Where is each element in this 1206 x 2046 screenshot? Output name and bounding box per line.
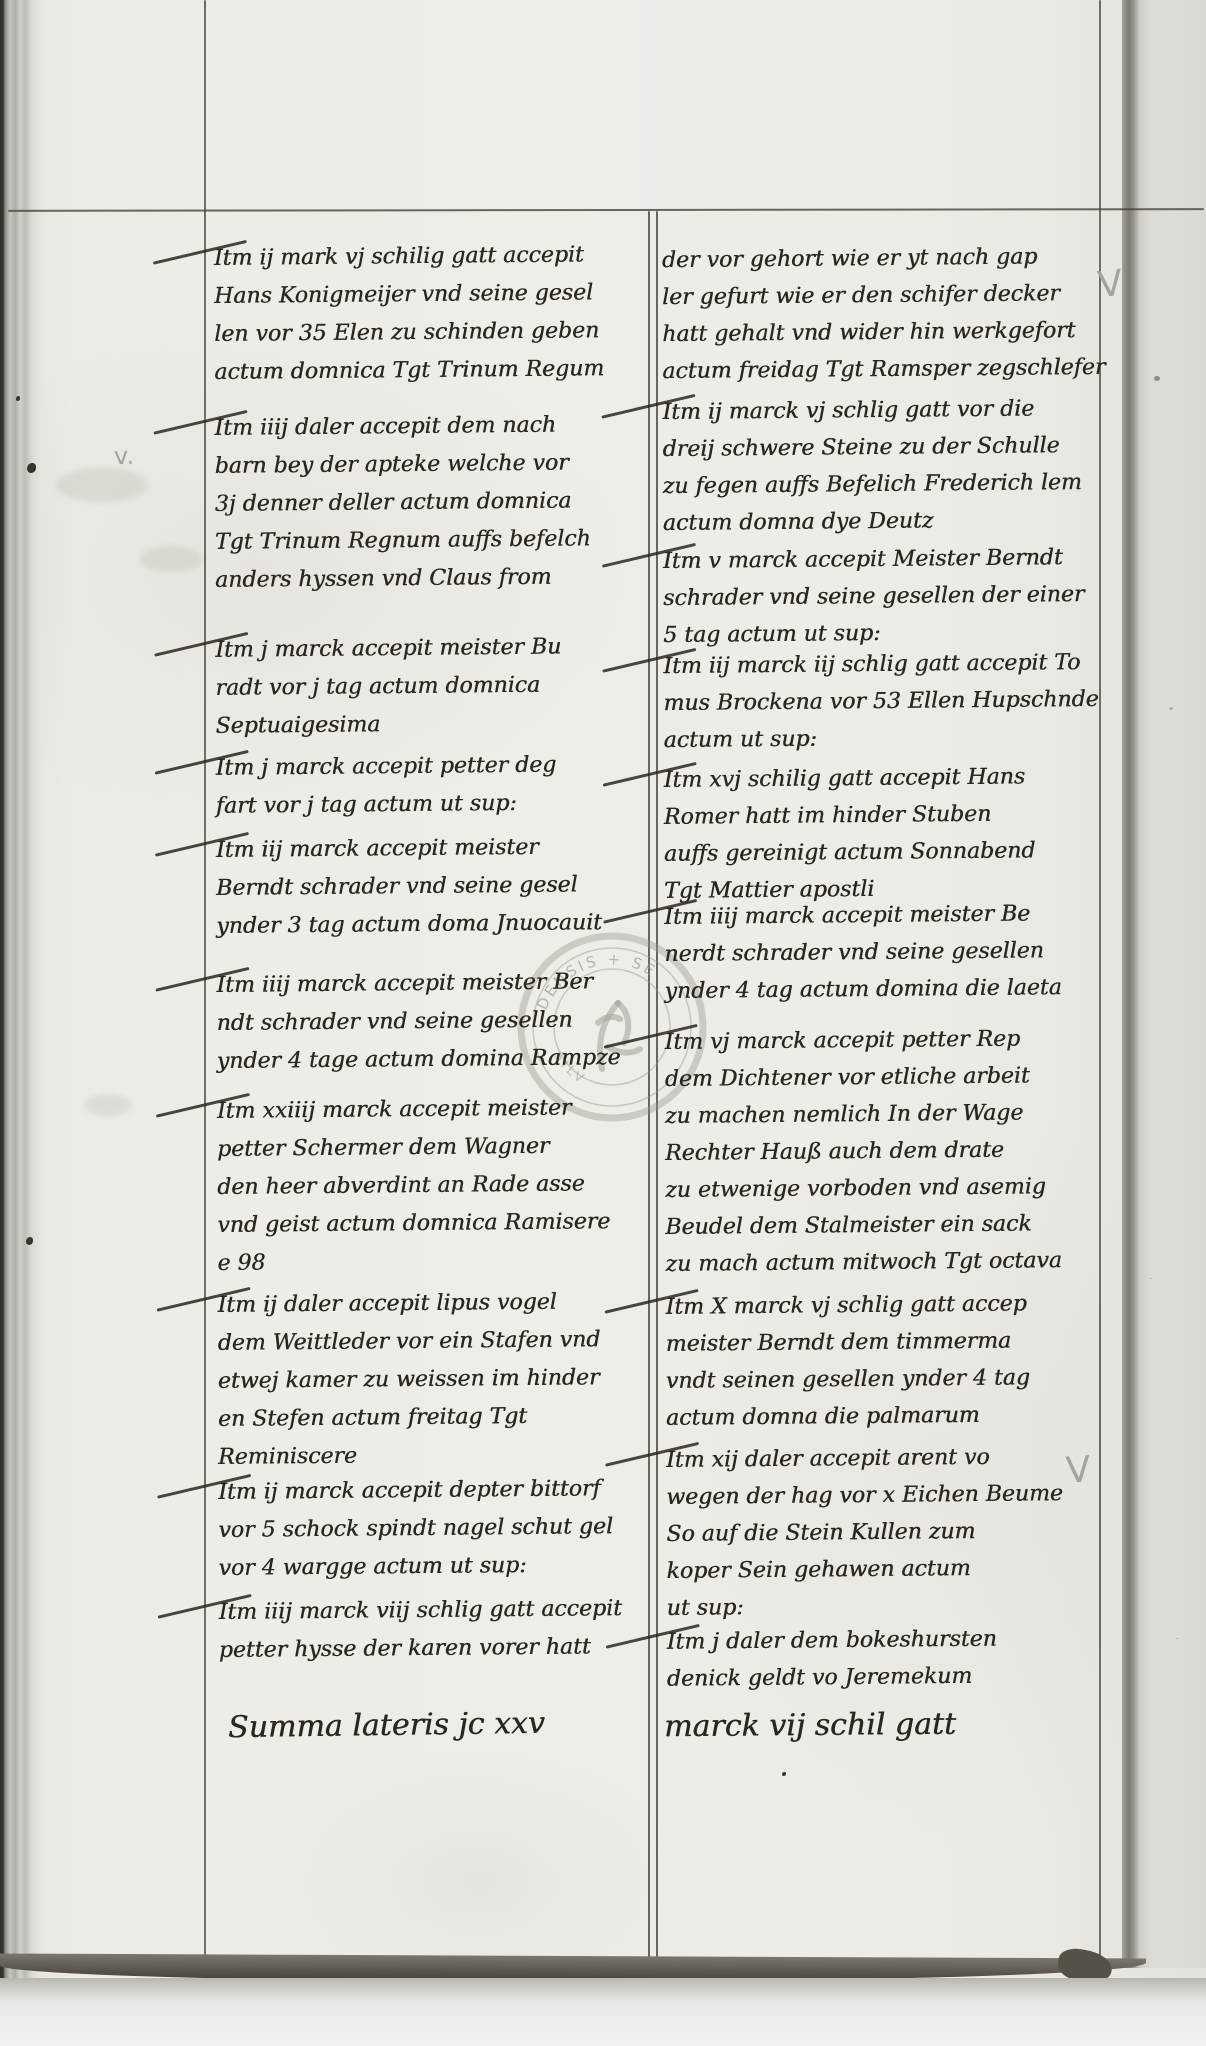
ledger-entry-line: 3j denner deller actum domnica bbox=[215, 482, 591, 524]
ledger-entry-line: len vor 35 Elen zu schinden geben bbox=[214, 312, 604, 354]
ledger-entry-line: en Stefen actum freitag Tgt bbox=[218, 1397, 601, 1439]
ledger-entry-line: Itm ij marck vj schlig gatt vor die bbox=[662, 390, 1081, 431]
ledger-entry-line: Itm v marck accepit Meister Berndt bbox=[663, 539, 1085, 580]
ink-bleedthrough-smudge bbox=[56, 468, 148, 502]
ledger-entry-line: Itm vj marck accepit petter Rep bbox=[664, 1020, 1061, 1061]
ledger-entry: Itm ij marck vj schlig gatt vor diedreij… bbox=[662, 391, 1082, 540]
ledger-entry-line: koper Sein gehawen actum bbox=[666, 1549, 1063, 1590]
ledger-entry-line: Itm X marck vj schlig gatt accep bbox=[665, 1285, 1029, 1325]
ledger-entry-line: vor 4 wargge actum ut sup: bbox=[218, 1546, 613, 1588]
ledger-entry: Itm ij marck accepit depter bittorfvor 5… bbox=[218, 1471, 613, 1586]
ledger-entry-line: Itm iiij marck accepit meister Ber bbox=[216, 963, 620, 1005]
ledger-entry: Itm iiij marck accepit meister Berndt sc… bbox=[216, 964, 620, 1079]
ledger-entry-line: Itm iiij marck accepit meister Be bbox=[664, 895, 1062, 936]
ledger-entry-line: petter Schermer dem Wagner bbox=[217, 1127, 610, 1169]
ledger-entry-line: wegen der hag vor x Eichen Beume bbox=[666, 1475, 1063, 1516]
ledger-entry-line: Rechter Hauß auch dem drate bbox=[665, 1131, 1062, 1172]
pencil-checkmark: v. bbox=[114, 442, 135, 471]
ledger-entry-line: actum domnica Tgt Trinum Regum bbox=[214, 350, 604, 392]
summa-lateris-total: Summa lateris jc xxv bbox=[228, 1706, 545, 1745]
ledger-entry-line: Tgt Trinum Regnum auffs befelch bbox=[215, 520, 591, 562]
ledger-entry: Itm ij mark vj schilig gatt accepitHans … bbox=[214, 237, 604, 390]
ledger-entry: Itm iij marck accepit meisterBerndt schr… bbox=[216, 829, 602, 944]
ledger-entry-line: Itm j marck accepit meister Bu bbox=[215, 629, 561, 670]
ledger-entry-line: ler gefurt wie er den schifer decker bbox=[662, 275, 1105, 316]
ledger-entry-line: barn bey der apteke welche vor bbox=[214, 444, 590, 486]
ledger-entry-line: anders hyssen vnd Claus from bbox=[215, 558, 591, 600]
ledger-entry-line: zu mach actum mitwoch Tgt octava bbox=[665, 1242, 1062, 1283]
ledger-entry-line: nerdt schrader vnd seine gesellen bbox=[664, 932, 1062, 973]
ledger-entry-line: zu etwenige vorboden vnd asemig bbox=[665, 1168, 1062, 1209]
ledger-entry: Itm iiij daler accepit dem nachbarn bey … bbox=[214, 407, 590, 598]
ledger-entry-line: Itm ij mark vj schilig gatt accepit bbox=[214, 236, 604, 278]
left-margin-rule bbox=[204, 0, 206, 1962]
ledger-entry-line: Septuaigesima bbox=[215, 705, 561, 746]
ledger-entry-line: actum domna dye Deutz bbox=[663, 501, 1082, 542]
ledger-entry: Itm iiij marck viij schlig gatt accepitp… bbox=[219, 1591, 623, 1668]
ledger-entry-line: actum domna die palmarum bbox=[666, 1396, 1030, 1436]
ledger-entry-line: Hans Konigmeijer vnd seine gesel bbox=[214, 274, 604, 316]
ledger-entry: Itm xxiiij marck accepit meisterpetter S… bbox=[217, 1090, 611, 1281]
ledger-entry: Itm vj marck accepit petter Repdem Dicht… bbox=[665, 1021, 1062, 1281]
ledger-entry-line: ndt schrader vnd seine gesellen bbox=[216, 1001, 620, 1043]
ledger-entry-line: etwej kamer zu weissen im hinder bbox=[218, 1359, 601, 1401]
ledger-entry-line: Itm iij marck accepit meister bbox=[216, 828, 602, 870]
ledger-entry-line: So auf die Stein Kullen zum bbox=[666, 1512, 1063, 1553]
adjacent-page-edge bbox=[1122, 0, 1206, 1968]
ledger-entry-line: fart vor j tag actum ut sup: bbox=[216, 785, 557, 826]
book-gutter-edge bbox=[0, 0, 42, 1990]
ledger-entry-line: actum freidag Tgt Ramsper zegschlefer bbox=[662, 349, 1105, 390]
ledger-entry: Itm j marck accepit meister Buradt vor j… bbox=[215, 630, 561, 745]
ledger-entry: Itm j marck accepit petter degfart vor j… bbox=[216, 748, 557, 825]
ledger-entry: Itm xij daler accepit arent vowegen der … bbox=[666, 1439, 1063, 1625]
ledger-entry-line: Itm xij daler accepit arent vo bbox=[666, 1438, 1063, 1479]
ledger-entry: Itm xvj schilig gatt accepit HansRomer h… bbox=[664, 759, 1036, 908]
ledger-entry-line: vndt seinen gesellen ynder 4 tag bbox=[666, 1359, 1030, 1399]
ledger-entry-line: hatt gehalt vnd wider hin werkgefort bbox=[662, 312, 1105, 353]
ledger-entry: Itm v marck accepit Meister Berndtschrad… bbox=[663, 540, 1085, 652]
ledger-entry-line: Itm xvj schilig gatt accepit Hans bbox=[664, 758, 1036, 799]
ledger-entry-line: Romer hatt im hinder Stuben bbox=[664, 795, 1036, 836]
ledger-entry-line: vnd geist actum domnica Ramisere bbox=[217, 1203, 610, 1245]
pencil-checkmark: V bbox=[1065, 1449, 1092, 1492]
ledger-entry-line: vor 5 schock spindt nagel schut gel bbox=[218, 1508, 613, 1550]
ink-bleedthrough-smudge bbox=[84, 1094, 132, 1116]
ledger-entry-line: zu machen nemlich In der Wage bbox=[665, 1094, 1062, 1135]
ledger-entry-line: der vor gehort wie er yt nach gap bbox=[662, 238, 1105, 279]
scanner-background bbox=[0, 1978, 1206, 2046]
ledger-entry-line: zu fegen auffs Befelich Frederich lem bbox=[663, 464, 1082, 505]
ledger-entry-line: Itm iij marck iij schlig gatt accepit To bbox=[663, 644, 1099, 685]
ledger-entry: Itm ij daler accepit lipus vogeldem Weit… bbox=[217, 1284, 600, 1475]
ledger-entry-line: Itm iiij marck viij schlig gatt accepit bbox=[218, 1590, 622, 1632]
ledger-entry: der vor gehort wie er yt nach gapler gef… bbox=[662, 239, 1106, 389]
ledger-entry-line: Beudel dem Stalmeister ein sack bbox=[665, 1205, 1062, 1246]
ledger-entry-line: dem Dichtener vor etliche arbeit bbox=[665, 1057, 1062, 1098]
summa-lateris-total-continuation: marck vij schil gatt bbox=[664, 1707, 956, 1745]
ledger-entry-line: den heer abverdint an Rade asse bbox=[217, 1165, 610, 1207]
ledger-entry-line: ynder 4 tag actum domina die laeta bbox=[664, 969, 1062, 1010]
ledger-entry: Itm iij marck iij schlig gatt accepit To… bbox=[663, 645, 1099, 758]
ledger-entry-line: Itm j daler dem bokeshursten bbox=[667, 1621, 997, 1661]
ledger-entry-line: auffs gereinigt actum Sonnabend bbox=[664, 832, 1036, 873]
ledger-entry-line: dem Weittleder vor ein Stafen vnd bbox=[218, 1321, 601, 1363]
ledger-entry-line: schrader vnd seine gesellen der einer bbox=[663, 576, 1085, 617]
pencil-checkmark: V bbox=[1096, 263, 1125, 306]
ledger-entry-line: mus Brockena vor 53 Ellen Hupschnde bbox=[663, 681, 1099, 722]
ledger-entry-line: petter hysse der karen vorer hatt bbox=[219, 1628, 623, 1670]
paper-speck bbox=[1154, 376, 1160, 381]
ledger-entry-line: Itm j marck accepit petter deg bbox=[216, 747, 557, 788]
ledger-entry: Itm X marck vj schlig gatt accepmeister … bbox=[665, 1286, 1030, 1435]
ledger-entry-line: Itm ij marck accepit depter bittorf bbox=[218, 1470, 613, 1512]
ledger-entry-line: Berndt schrader vnd seine gesel bbox=[216, 866, 602, 908]
ledger-entry-line: ynder 4 tage actum domina Rampze bbox=[217, 1039, 621, 1081]
ledger-entry-line: radt vor j tag actum domnica bbox=[215, 667, 561, 708]
ledger-entry-line: ynder 3 tag actum doma Jnuocauit bbox=[216, 904, 602, 946]
ledger-entry-line: Itm iiij daler accepit dem nach bbox=[214, 406, 590, 448]
ledger-entry-line: dreij schwere Steine zu der Schulle bbox=[662, 427, 1081, 468]
ledger-entry-line: actum ut sup: bbox=[663, 718, 1099, 759]
ledger-entry-line: Itm xxiiij marck accepit meister bbox=[217, 1089, 610, 1131]
ledger-entry: Itm iiij marck accepit meister Benerdt s… bbox=[664, 896, 1062, 1008]
ledger-entry-line: Itm ij daler accepit lipus vogel bbox=[217, 1283, 600, 1325]
ledger-entry-line: meister Berndt dem timmerma bbox=[666, 1322, 1030, 1362]
ledger-entry-line: e 98 bbox=[217, 1241, 610, 1283]
ledger-entry: Itm j daler dem bokeshurstendenick geldt… bbox=[667, 1622, 997, 1697]
ledger-entry-line: ut sup: bbox=[666, 1586, 1063, 1627]
ledger-entry-line: denick geldt vo Jeremekum bbox=[667, 1658, 997, 1698]
ink-bleedthrough-smudge bbox=[140, 546, 202, 572]
